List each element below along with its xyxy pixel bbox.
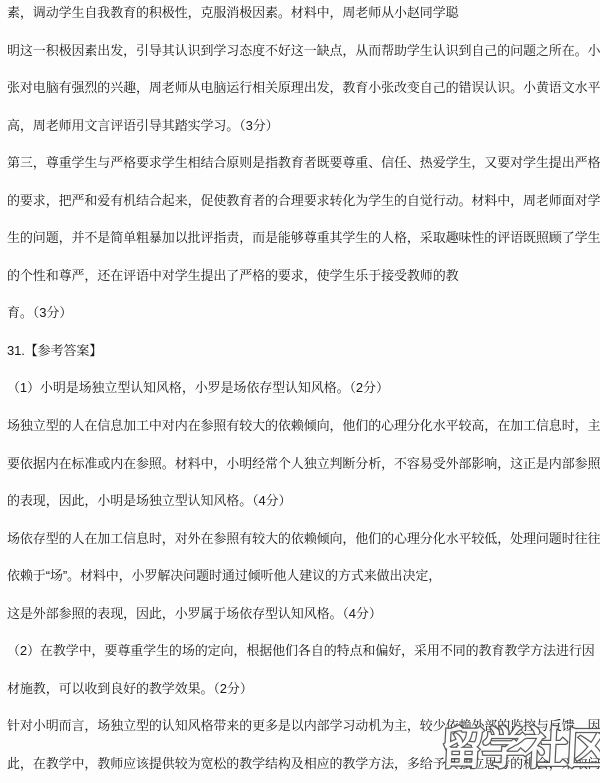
heading-line: 31.【参考答案】 [7,332,594,370]
text-line: 明这一积极因素出发，引导其认识到学习态度不好这一缺点，从而帮助学生认识到自己的问… [7,32,594,70]
text-line: （2）在教学中，要尊重学生的场的定向，根据他们各自的特点和偏好，采用不同的教育教… [7,632,594,670]
paragraph-continuation: 素，调动学生自我教育的积极性，克服消极因素。材料中，周老师从小赵同学聪 明这一积… [7,0,594,144]
text-line: 育。（3分） [7,294,594,332]
text-line: 第三，尊重学生与严格要求学生相结合原则是指教育者既要尊重、信任、热爱学生，又要对… [7,144,594,182]
text-line: 依赖于“场”。材料中，小罗解决问题时通过倾听他人建议的方式来做出决定， [7,557,594,595]
text-line: 场独立型的人在信息加工中对内在参照有较大的依赖倾向，他们的心理分化水平较高，在加… [7,407,594,445]
text-line: （1）小明是场独立型认知风格，小罗是场依存型认知风格。（2分） [7,369,594,407]
question-31-heading: 31.【参考答案】 [7,332,594,370]
text-line: 材施教，可以收到良好的教学效果。（2分） [7,670,594,708]
site-watermark: 留学社区 [438,712,600,777]
text-line: 场依存型的人在加工信息时，对外在参照有较大的依赖倾向，他们的心理分化水平较低，处… [7,520,594,558]
paragraph-answer-1: （1）小明是场独立型认知风格，小罗是场依存型认知风格。（2分） [7,369,594,407]
text-line: 高，周老师用文言评语引导其踏实学习。（3分） [7,107,594,145]
answer-document: 素，调动学生自我教育的积极性，克服消极因素。材料中，周老师从小赵同学聪 明这一积… [7,0,594,782]
paragraph-point-three: 第三，尊重学生与严格要求学生相结合原则是指教育者既要尊重、信任、热爱学生，又要对… [7,144,594,332]
text-line: 生的问题，并不是简单粗暴加以批评指责，而是能够尊重其学生的人格，采取趣味性的评语… [7,219,594,257]
text-line: 要依据内在标准或内在参照。材料中，小明经常个人独立判断分析，不容易受外部影响，这… [7,445,594,483]
text-line: 张对电脑有强烈的兴趣，周老师从电脑运行相关原理出发，教育小张改变自己的错误认识。… [7,69,594,107]
paragraph-field-independent: 场独立型的人在信息加工中对内在参照有较大的依赖倾向，他们的心理分化水平较高，在加… [7,407,594,520]
text-line: 的个性和尊严，还在评语中对学生提出了严格的要求，使学生乐于接受教师的教 [7,257,594,295]
text-line: 素，调动学生自我教育的积极性，克服消极因素。材料中，周老师从小赵同学聪 [7,0,594,32]
text-line: 的表现，因此，小明是场独立型认知风格。（4分） [7,482,594,520]
paragraph-field-dependent: 场依存型的人在加工信息时，对外在参照有较大的依赖倾向，他们的心理分化水平较低，处… [7,520,594,633]
text-line: 的要求，把严和爱有机结合起来，促使教育者的合理要求转化为学生的自觉行动。材料中，… [7,182,594,220]
text-line: 这是外部参照的表现，因此，小罗属于场依存型认知风格。（4分） [7,595,594,633]
paragraph-answer-2: （2）在教学中，要尊重学生的场的定向，根据他们各自的特点和偏好，采用不同的教育教… [7,632,594,707]
